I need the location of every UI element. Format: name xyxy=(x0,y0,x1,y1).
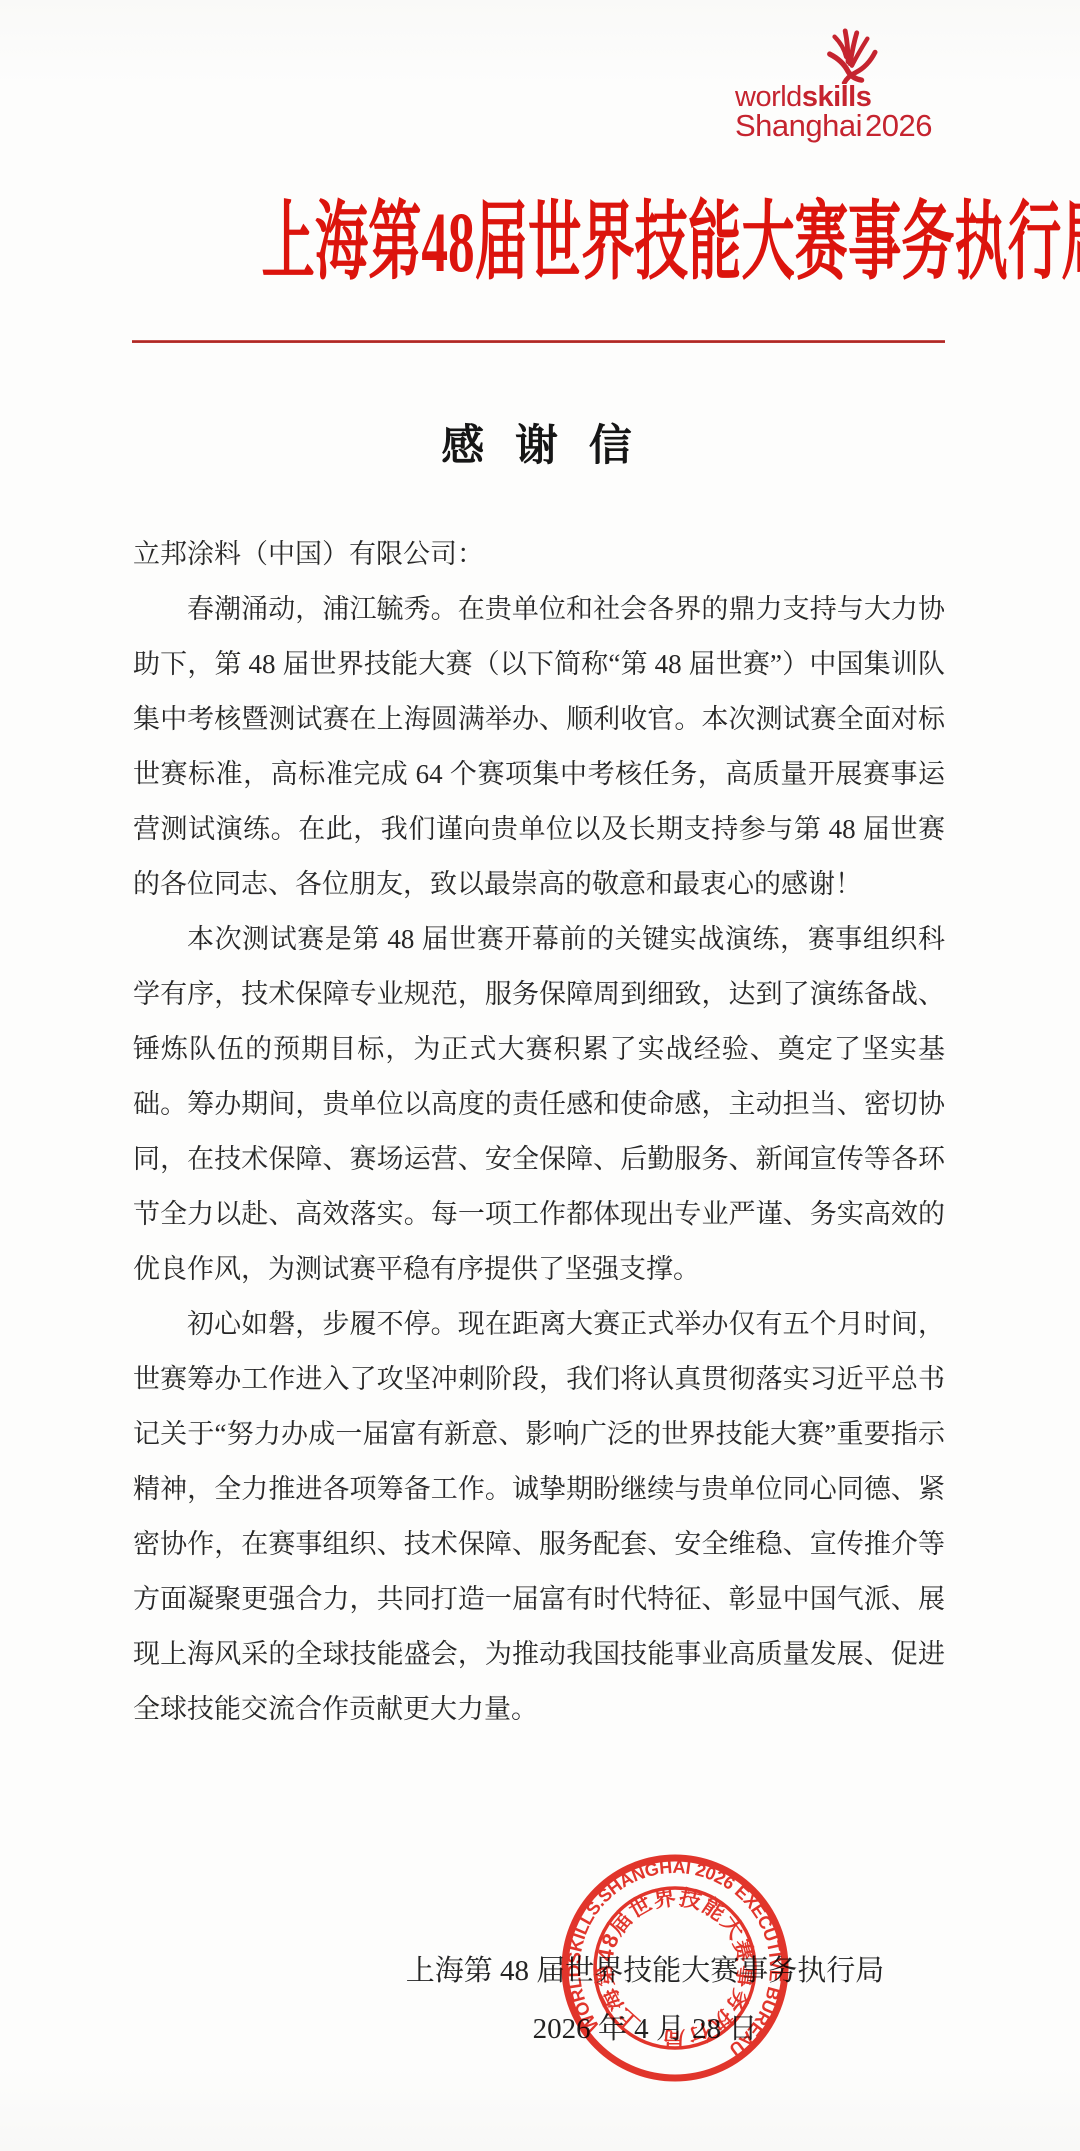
paragraph-1: 春潮涌动，浦江毓秀。在贵单位和社会各界的鼎力支持与大力协助下，第 48 届世界技… xyxy=(133,582,945,912)
official-seal-stamp: WORLDSKILLS.SHANGHAI 2026 EXECUTIVE BURE… xyxy=(557,1850,793,2086)
letterhead-rule xyxy=(132,340,945,343)
letter-page: worldskills Shanghai2026 上海第48届世界技能大赛事务执… xyxy=(0,0,1080,2151)
worldskills-logo: worldskills Shanghai2026 xyxy=(735,26,925,141)
letterhead-title-text: 上海第48届世界技能大赛事务执行局 xyxy=(261,197,1080,287)
logo-city: Shanghai xyxy=(735,108,862,143)
salutation: 立邦涂料（中国）有限公司： xyxy=(133,527,945,582)
letter-body: 立邦涂料（中国）有限公司： 春潮涌动，浦江毓秀。在贵单位和社会各界的鼎力支持与大… xyxy=(133,527,945,1737)
letterhead-title: 上海第48届世界技能大赛事务执行局 xyxy=(0,197,1080,287)
logo-year: 2026 xyxy=(865,108,932,143)
worldskills-hand-icon xyxy=(821,28,879,84)
letter-title: 感 谢 信 xyxy=(0,412,1080,473)
logo-wordmark: worldskills xyxy=(735,84,925,111)
paragraph-2: 本次测试赛是第 48 届世赛开幕前的关键实战演练，赛事组织科学有序，技术保障专业… xyxy=(133,912,945,1297)
paragraph-3: 初心如磐，步履不停。现在距离大赛正式举办仅有五个月时间，世赛筹办工作进入了攻坚冲… xyxy=(133,1297,945,1737)
logo-city-year: Shanghai2026 xyxy=(735,111,925,141)
